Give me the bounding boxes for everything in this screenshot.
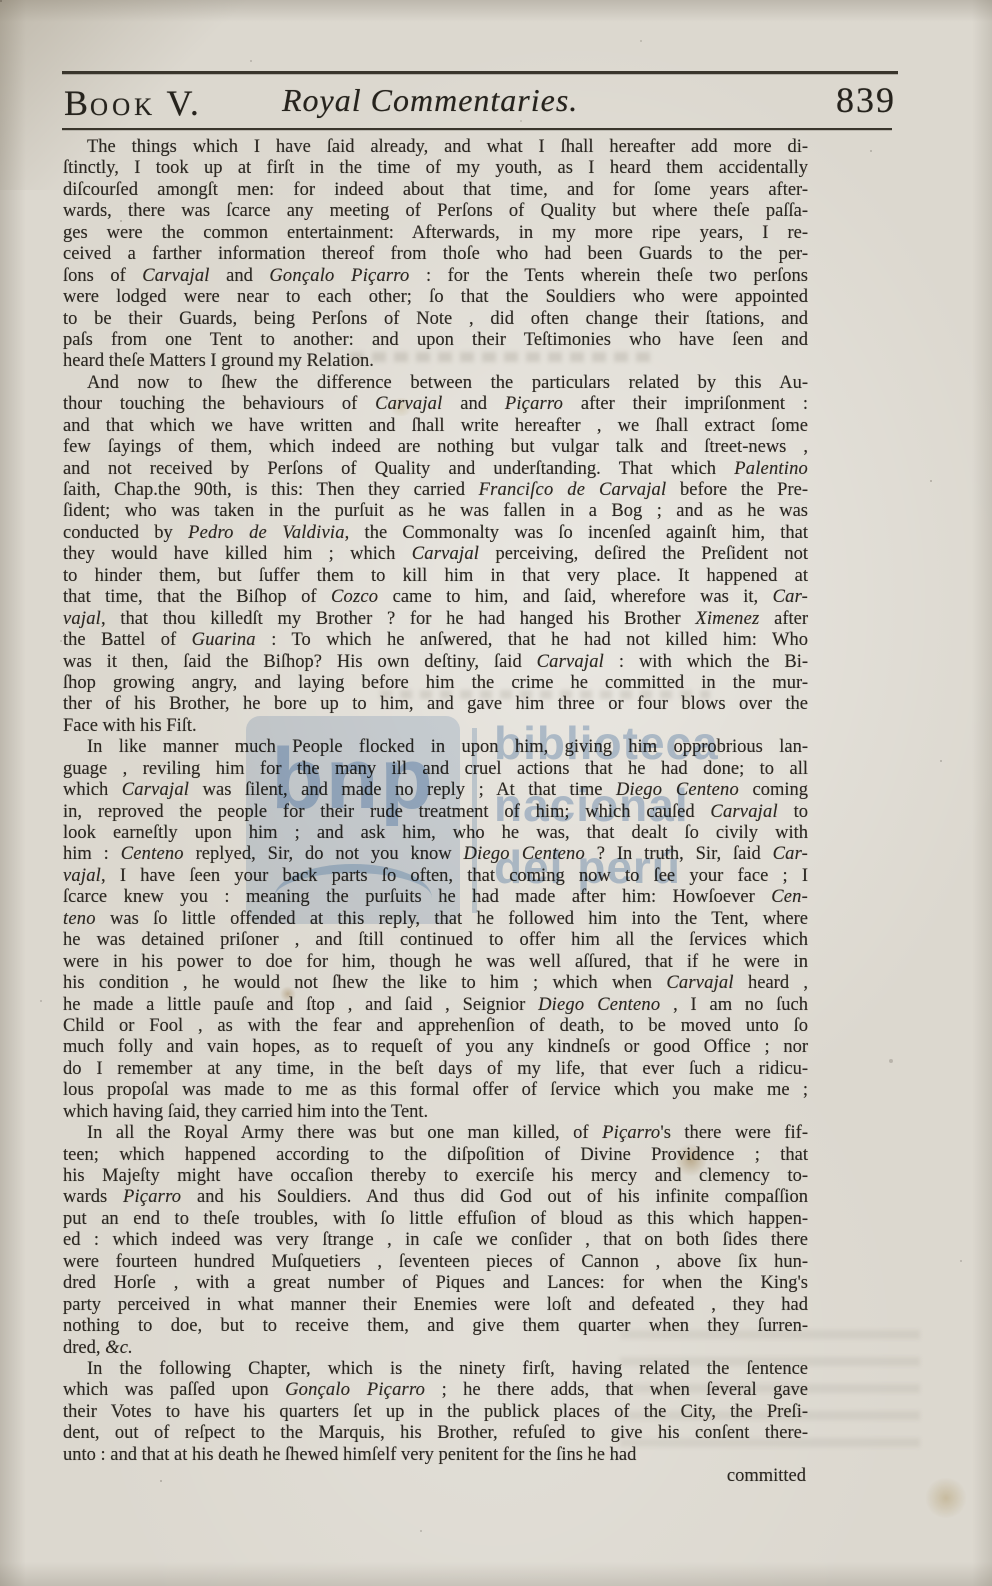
- running-title: Royal Commentaries.: [282, 82, 578, 119]
- text-line: diſcourſed amongſt men: for indeed about…: [63, 180, 808, 201]
- text-line: vajal, that thou killedſt my Brother ? f…: [63, 609, 808, 630]
- text-line: ſhop growing angry, and laying before hi…: [63, 673, 808, 694]
- text-line: ſident; who was taken in the purſuit as …: [63, 501, 808, 522]
- text-line: dent, out of reſpect to the Marquis, his…: [63, 1423, 808, 1444]
- text-block: The things which I have ſaid already, an…: [63, 137, 808, 1488]
- text-line: ſons of Carvajal and Gonçalo Piçarro : f…: [63, 266, 808, 287]
- book-page: BOOK V. Royal Commentaries. 839 The thin…: [0, 0, 992, 1586]
- text-line: ther of his Brother, he bore up to him, …: [63, 694, 808, 715]
- text-line: his condition , he would not ſhew the li…: [63, 973, 808, 994]
- paragraph: The things which I have ſaid already, an…: [63, 137, 808, 373]
- text-line: which was paſſed upon Gonçalo Piçarro ; …: [63, 1380, 808, 1401]
- text-line: teen; which happened according to the di…: [63, 1145, 808, 1166]
- text-line: And now to ſhew the difference between t…: [63, 373, 808, 394]
- text-line: their Votes to have his quarters ſet up …: [63, 1402, 808, 1423]
- text-line: In the following Chapter, which is the n…: [63, 1359, 808, 1380]
- text-line: ſaith, Chap.the 90th, is this: Then they…: [63, 480, 808, 501]
- text-line: and that which we have written and ſhall…: [63, 416, 808, 437]
- text-line: do I remember at any time, in the beſt d…: [63, 1059, 808, 1080]
- paper-specks: [0, 0, 2, 2]
- text-line: were in his power to doe for him, though…: [63, 952, 808, 973]
- text-line: lous propoſal was made to me as this for…: [63, 1080, 808, 1101]
- book-label: BOOK V.: [64, 82, 201, 124]
- text-line: guage , reviling him for the many ill an…: [63, 759, 808, 780]
- text-line: to hinder them, but ſuffer them to kill …: [63, 566, 808, 587]
- book-initial: B: [64, 83, 90, 123]
- catchword: committed: [63, 1466, 808, 1487]
- text-line: nothing to doe, but to receive them, and…: [63, 1316, 808, 1337]
- text-line: Face with his Fiſt.: [63, 716, 808, 737]
- text-line: which having ſaid, they carried him into…: [63, 1102, 808, 1123]
- text-line: and not received by Perſons of Quality a…: [63, 459, 808, 480]
- header-rule-top: [62, 71, 898, 74]
- text-line: thour touching the behaviours of Carvaja…: [63, 394, 808, 415]
- text-line: to be their Guards, being Perſons of Not…: [63, 309, 808, 330]
- text-line: paſs from one Tent to another: and upon …: [63, 330, 808, 351]
- text-line: dred, &c.: [63, 1338, 808, 1359]
- header-rule-bottom: [62, 128, 892, 130]
- text-line: few ſayings of them, which indeed are no…: [63, 437, 808, 458]
- text-line: dred Horſe , with a great number of Piqu…: [63, 1273, 808, 1294]
- text-line: he made a little pauſe and ſtop , and ſa…: [63, 995, 808, 1016]
- text-line: put an end to theſe troubles, with ſo li…: [63, 1209, 808, 1230]
- text-line: ſtinctly, I took up at firſt in the time…: [63, 158, 808, 179]
- text-line: was it then, ſaid the Biſhop? His own de…: [63, 652, 808, 673]
- paragraph: And now to ſhew the difference between t…: [63, 373, 808, 737]
- text-line: wards, there was ſcarce any meeting of P…: [63, 201, 808, 222]
- text-line: party perceived in what manner their Ene…: [63, 1295, 808, 1316]
- text-line: unto : and that at his death he ſhewed h…: [63, 1445, 808, 1466]
- text-line: his Majeſty might have occaſion thereby …: [63, 1166, 808, 1187]
- text-line: look earneſtly upon him ; and ask him, w…: [63, 823, 808, 844]
- text-line: that time, that the Biſhop of Cozco came…: [63, 587, 808, 608]
- text-line: much folly and vain hopes, as to requeſt…: [63, 1037, 808, 1058]
- text-line: which Carvajal was ſilent, and made no r…: [63, 780, 808, 801]
- page-number: 839: [836, 79, 896, 121]
- paragraph: In like manner much People flocked in up…: [63, 737, 808, 1123]
- text-line: ſcarce knew you : meaning the purſuits h…: [63, 887, 808, 908]
- text-line: he was detained priſoner , and ſtill con…: [63, 930, 808, 951]
- text-line: heard theſe Matters I ground my Relation…: [63, 351, 808, 372]
- text-line: The things which I have ſaid already, an…: [63, 137, 808, 158]
- paper-stain: [924, 1478, 968, 1518]
- text-line: wards Piçarro and his Souldiers. And thu…: [63, 1187, 808, 1208]
- text-line: ceived a farther information thereof fro…: [63, 244, 808, 265]
- text-line: teno was ſo little offended at this repl…: [63, 909, 808, 930]
- book-smallcaps: OOK: [90, 94, 156, 121]
- text-line: were lodged were near to each other; ſo …: [63, 287, 808, 308]
- text-line: conducted by Pedro de Valdivia, the Comm…: [63, 523, 808, 544]
- text-line: the Battel of Guarina : To which he anſw…: [63, 630, 808, 651]
- text-line: In all the Royal Army there was but one …: [63, 1123, 808, 1144]
- text-line: vajal, I have ſeen your back parts ſo of…: [63, 866, 808, 887]
- paragraph: In all the Royal Army there was but one …: [63, 1123, 808, 1359]
- text-line: In like manner much People flocked in up…: [63, 737, 808, 758]
- text-line: were fourteen hundred Muſquetiers , ſeve…: [63, 1252, 808, 1273]
- text-line: ed : which indeed was very ſtrange , in …: [63, 1230, 808, 1251]
- text-line: ges were the common entertainment: After…: [63, 223, 808, 244]
- text-line: they would have killed him ; which Carva…: [63, 544, 808, 565]
- text-line: Child or Fool , as with the fear and app…: [63, 1016, 808, 1037]
- text-line: in, reproved the people for their rude t…: [63, 802, 808, 823]
- text-line: him : Centeno replyed, Sir, do not you k…: [63, 844, 808, 865]
- book-numeral: V.: [156, 83, 201, 123]
- paragraph: In the following Chapter, which is the n…: [63, 1359, 808, 1466]
